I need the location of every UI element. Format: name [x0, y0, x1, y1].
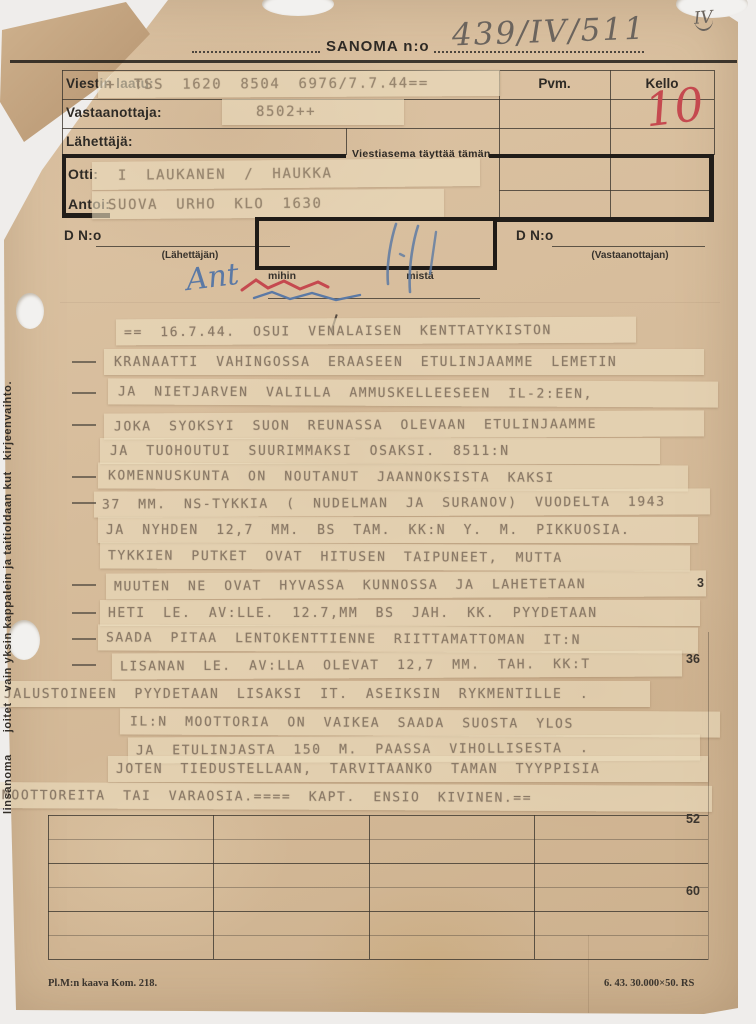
typed-strip: LISANAN LE. AV:LLA OLEVAT 12,7 MM. TAH. … — [112, 651, 682, 680]
pencil-dash — [72, 664, 96, 666]
footer-form-code: Pl.M:n kaava Kom. 218. — [48, 978, 157, 989]
grid-line-h — [48, 935, 708, 936]
typed-message-line: TYKKIEN PUTKET OVAT HITUSEN TAIPUNEET, M… — [100, 548, 563, 565]
typed-message-line: LISANAN LE. AV:LLA OLEVAT 12,7 MM. TAH. … — [112, 656, 591, 674]
grid-line-v — [213, 815, 214, 959]
typed-message-line: MOOTTOREITA TAI VARAOSIA.==== KAPT. ENSI… — [0, 788, 532, 806]
crease-line — [588, 935, 589, 1013]
typed-message-line: IL:N MOOTTORIA ON VAIKEA SAADA SUOSTA YL… — [120, 714, 574, 731]
typed-strip: I LAUKANEN / HAUKKA — [92, 158, 480, 190]
typed-strip: JOKA SYOKSYI SUON REUNASSA OLEVAAN ETULI… — [104, 410, 704, 439]
typed-strip: TYKKIEN PUTKET OVAT HITUSEN TAIPUNEET, M… — [100, 542, 690, 571]
pencil-dash — [72, 361, 96, 363]
handwritten-message-number: 439/IV/511 — [451, 11, 646, 54]
margin-number: 3 — [697, 576, 704, 590]
typed-message-line: SAADA PITAA LENTOKENTTIENNE RIITTAMATTOM… — [98, 630, 581, 648]
typed-message-line: MUUTEN NE OVAT HYVASSA KUNNOSSA JA LAHET… — [106, 577, 586, 595]
margin-number: 36 — [686, 652, 700, 666]
typed-message-line: == 16.7.44. OSUI VENALAISEN KENTTATYKIST… — [116, 323, 552, 340]
typed-message-line: JOKA SYOKSYI SUON REUNASSA OLEVAAN ETULI… — [104, 416, 597, 434]
pencil-scribble — [372, 214, 464, 306]
typed-message-line: JOTEN TIEDUSTELLAAN, TARVITAANKO TAMAN T… — [108, 762, 600, 777]
typed-message-line: KOMENNUSKUNTA ON NOUTANUT JAANNOKSISTA K… — [98, 468, 555, 485]
typed-message-line: KRANAATTI VAHINGOSSA ERAASEEN ETULINJAAM… — [104, 355, 617, 370]
dno-left-label: D N:o — [64, 228, 102, 243]
typed-message-line: JA TUOHOUTUI SUURIMMAKSI OSAKSI. 8511:N — [100, 444, 510, 459]
typed-strip: JA NIETJARVEN VALILLA AMMUSKELLEESEEN IL… — [108, 378, 718, 407]
field-vastaanottaja: Vastaanottaja: — [66, 105, 162, 120]
typed-strip: MUUTEN NE OVAT HYVASSA KUNNOSSA JA LAHET… — [106, 570, 706, 599]
typed-message-line: JA NIETJARVEN VALILLA AMMUSKELLEESEEN IL… — [108, 384, 593, 402]
typed-strip: SAADA PITAA LENTOKENTTIENNE RIITTAMATTOM… — [98, 624, 698, 653]
typed-strip: KOMENNUSKUNTA ON NOUTANUT JAANNOKSISTA K… — [98, 462, 688, 491]
grid-line-h — [48, 887, 708, 888]
pencil-dash — [72, 502, 96, 504]
typed-message-line: HETI LE. AV:LLE. 12.7,MM BS JAH. KK. PYY… — [100, 606, 598, 621]
pencil-dash — [72, 392, 96, 394]
typed-strip: 8502++ — [222, 99, 404, 125]
typed-message-line: JALUSTOINEEN PYYDETAAN LISAKSI IT. ASEIK… — [0, 687, 589, 702]
typed-strip: JALUSTOINEEN PYYDETAAN LISAKSI IT. ASEIK… — [0, 681, 650, 707]
grid-line-h — [48, 911, 708, 912]
grid-line-h — [48, 959, 708, 960]
typed-message-line: JA NYHDEN 12,7 MM. BS TAM. KK:N Y. M. PI… — [98, 523, 630, 538]
typed-strip: MOOTTOREITA TAI VARAOSIA.==== KAPT. ENSI… — [0, 782, 712, 812]
pencil-dash — [72, 476, 96, 478]
column-pvm: Pvm. — [499, 76, 610, 91]
pencil-dash — [72, 424, 96, 426]
typed-strip: JOTEN TIEDUSTELLAAN, TARVITAANKO TAMAN T… — [108, 756, 708, 782]
grid-line-v — [369, 815, 370, 959]
dno-right-sublabel: (Vastaanottajan) — [565, 250, 695, 261]
grid-line-h — [48, 839, 708, 840]
typed-strip: KRANAATTI VAHINGOSSA ERAASEEN ETULINJAAM… — [104, 349, 704, 375]
grid-line-v — [48, 815, 49, 959]
grid-line-h — [48, 863, 708, 864]
blue-scribble — [252, 288, 364, 304]
typed-strip: HETI LE. AV:LLE. 12.7,MM BS JAH. KK. PYY… — [100, 600, 700, 626]
typed-message-type: + TSS 1620 8504 6976/7.7.44== — [98, 75, 429, 93]
typed-recipient: 8502++ — [222, 104, 316, 120]
dno-left-sublabel: (Lähettäjän) — [110, 250, 270, 261]
typed-strip: == 16.7.44. OSUI VENALAISEN KENTTATYKIST… — [116, 317, 636, 346]
field-lahettaja: Lähettäjä: — [66, 134, 133, 149]
grid-line-v — [534, 815, 535, 959]
footer-print-code: 6. 43. 30.000×50. RS — [604, 978, 694, 989]
handwritten-ant-note: Ant — [184, 257, 241, 298]
typed-strip: 37 MM. NS-TYKKIA ( NUDELMAN JA SURANOV) … — [94, 488, 710, 517]
typed-message-line: 37 MM. NS-TYKKIA ( NUDELMAN JA SURANOV) … — [94, 494, 666, 512]
typed-strip: + TSS 1620 8504 6976/7.7.44== — [98, 70, 500, 98]
grid-line-h — [48, 815, 708, 816]
pencil-dash — [72, 612, 96, 614]
pencil-dash — [72, 638, 96, 640]
pencil-dash — [72, 584, 96, 586]
typed-otti-value: I LAUKANEN / HAUKKA — [92, 166, 333, 185]
form-title: SANOMA n:o — [326, 38, 430, 55]
typed-strip: JA TUOHOUTUI SUURIMMAKSI OSAKSI. 8511:N — [100, 438, 660, 464]
handwritten-kello-value: 10 — [642, 77, 707, 138]
header-rule — [10, 60, 737, 63]
typed-strip: JA NYHDEN 12,7 MM. BS TAM. KK:N Y. M. PI… — [98, 517, 698, 543]
typed-strip: IL:N MOOTTORIA ON VAIKEA SAADA SUOSTA YL… — [120, 708, 720, 737]
typed-antoi-value: SUOVA URHO KLO 1630 — [92, 196, 323, 214]
sidebar-instruction: linsanoma joitet vain yksin kappalein ja… — [2, 222, 22, 814]
scanned-telegram-form: SANOMA n:o 439/IV/511 IV Viestin laatu: … — [0, 0, 756, 1024]
dotted-leader — [192, 50, 320, 53]
dno-right-label: D N:o — [516, 228, 554, 243]
